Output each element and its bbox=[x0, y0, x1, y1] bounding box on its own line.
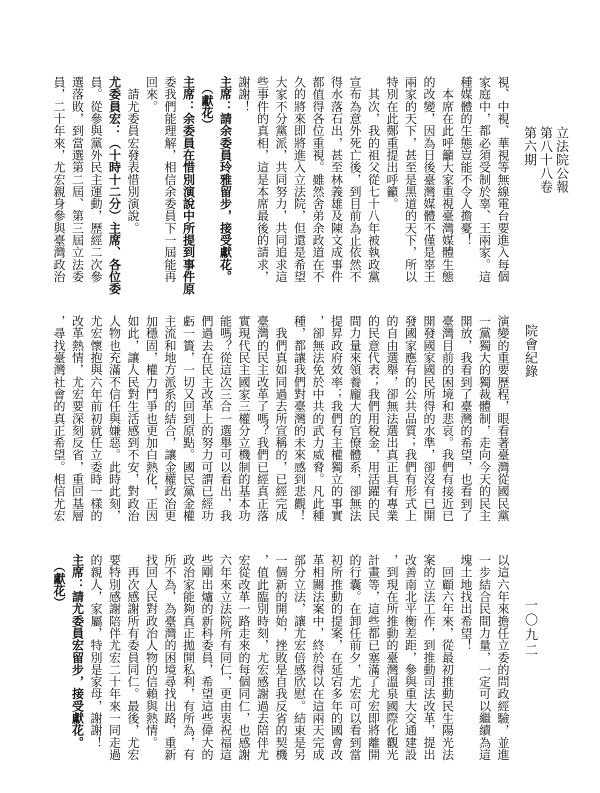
section-label: 院會紀錄 bbox=[520, 324, 539, 378]
text-line: 計畫等，這些都已塞滿了尤宏即將離開 bbox=[364, 554, 383, 776]
text-line: 種媒體的生態豈能不令人擔憂！ bbox=[457, 76, 476, 298]
text-line: 能嗎？從這次三合一選舉可以看出，我 bbox=[216, 315, 235, 537]
text-line: 本席在此呼籲大家重視臺灣媒體生態 bbox=[438, 76, 457, 298]
text-line: 視、中視、華視等無線電台要進入每個 bbox=[494, 76, 513, 298]
text-line: 要特別感謝陪伴尤宏二十年來一同走過 bbox=[105, 554, 124, 776]
text-line: 再次感謝所有委員同仁。最後，尤宏 bbox=[124, 554, 143, 776]
speaker-line: （獻花） bbox=[50, 554, 69, 776]
text-line: 謝謝！ bbox=[235, 76, 254, 298]
text-line: 回來。 bbox=[142, 76, 161, 298]
text-line: 的民意代表；我們用稅金，用活躍的民 bbox=[364, 315, 383, 537]
speaker-line: 尤委員宏：（十時十二分）主席、各位委 bbox=[105, 76, 124, 298]
text-line: 的行囊。在卸任前夕，尤宏可以看到當 bbox=[346, 554, 365, 776]
text-line: 的自由選舉，卻無法選出真正具有專業 bbox=[383, 315, 402, 537]
text-line: 所不為，為臺灣的困境尋找出路，重新 bbox=[161, 554, 180, 776]
text-line: 演變的重要歷程，眼看著臺灣從國民黨 bbox=[494, 315, 513, 537]
text-line: 虧一簣，一切又回到原點。國民黨金權 bbox=[179, 315, 198, 537]
text-line: 些事件的真相，這是本席最後的請求， bbox=[253, 76, 272, 298]
text-line: 初所推動的提案，在延宕多年的國會改 bbox=[327, 554, 346, 776]
volume-label: 第八十八卷 bbox=[536, 126, 552, 194]
page-number: 一〇九二 bbox=[520, 598, 539, 658]
text-line: 改革熱情，尤宏要深刻反省，重回基層 bbox=[68, 315, 87, 537]
text-line: 種，都讓我們對臺灣的未來感到悲觀！ bbox=[290, 315, 309, 537]
text-line: 大家不分黨派，共同努力，共同追求這 bbox=[272, 76, 291, 298]
speaker-line: 主席：請尤委員宏留步，接受獻花。 bbox=[68, 554, 87, 776]
text-line: 提昇政府效率；我們有主權獨立的事實 bbox=[327, 315, 346, 537]
text-line: 都值得各位重視。雖然舍弟余政道在不 bbox=[309, 76, 328, 298]
text-line: 塊土地找出希望！ bbox=[457, 554, 476, 776]
text-line: 主流和地方派系的結合，讓金權政治更 bbox=[161, 315, 180, 537]
text-line: 其次，我的祖父從七十八年被執政黨 bbox=[364, 76, 383, 298]
text-line: ，值此臨別時刻，尤宏感謝過去陪伴尤 bbox=[253, 554, 272, 776]
text-line: 革相關法案中，終於得以在這兩天完成 bbox=[309, 554, 328, 776]
text-line: 的親人，家屬，特別是家母，謝謝！ bbox=[87, 554, 106, 776]
text-line: 的改變，因為日後臺灣媒體不僅是辜王 bbox=[420, 76, 439, 298]
text-line: 家庭中，都必須受制於辜、王兩家。這 bbox=[475, 76, 494, 298]
text-line: 開放，我看到了臺灣的希望，也看到了 bbox=[457, 315, 476, 537]
text-line: 以這六年來擔任立委的問政經驗，並進 bbox=[494, 554, 513, 776]
text-line: 委我們能理解，相信余委員下一屆能再 bbox=[161, 76, 180, 298]
text-line: 得水落石出，甚至林義雄及陳文成事件 bbox=[327, 76, 346, 298]
text-line: 宏從改革一路走來的每個同仁，也感謝 bbox=[235, 554, 254, 776]
speaker-line: 主席：余委員在惜別演說中所提到事件原 bbox=[179, 76, 198, 298]
text-line: 加穩固，權力鬥爭也更加白熱化，正因 bbox=[142, 315, 161, 537]
text-line: 人物也充滿不信任與嫌惡。此時此刻， bbox=[105, 315, 124, 537]
text-line: 間力量來領養龐大的官僚體系，卻無法 bbox=[346, 315, 365, 537]
text-line: ，到現在所推動的臺灣溫泉國際化觀光 bbox=[383, 554, 402, 776]
text-line: 發國家應有的公共品質；我們有形式上 bbox=[401, 315, 420, 537]
text-line: 員，二十年來，尤宏親身參與臺灣政治 bbox=[50, 76, 69, 298]
text-line: 宣布為意外死亡後，到目前為止依然不 bbox=[346, 76, 365, 298]
text-line: 部分立法，讓尤宏倍感欣慰。結束是另 bbox=[290, 554, 309, 776]
text-line: 請尤委員宏發表惜別演說。 bbox=[124, 76, 143, 298]
text-line: 久的將來即將進入立法院，但還是希望 bbox=[290, 76, 309, 298]
publication-title: 立法院公報 bbox=[552, 126, 568, 194]
text-line: ，卻無法免於中共的武力威脅。凡此種 bbox=[309, 315, 328, 537]
text-line: 開發國家國民所得的水準，卻沒有已開 bbox=[420, 315, 439, 537]
text-block-top: 視、中視、華視等無線電台要進入每個家庭中，都必須受制於辜、王兩家。這種媒體的生態… bbox=[50, 76, 512, 298]
text-line: 改善南北平衡差距，參與重大交通建設 bbox=[401, 554, 420, 776]
text-line: 們過去在民主改革上的努力可謂已經功 bbox=[198, 315, 217, 537]
speaker-line: 主席：請余委員玲雅留步，接受獻花。 bbox=[216, 76, 235, 298]
text-line: 政治家能夠真正拋開私利，有所為，有 bbox=[179, 554, 198, 776]
text-line: 臺灣目前的困境和悲哀。我們有接近已 bbox=[438, 315, 457, 537]
text-line: 特別在此鄭重提出呼籲。 bbox=[383, 76, 402, 298]
text-line: 臺灣的民主改革了嗎？我們已經真正落 bbox=[253, 315, 272, 537]
text-line: 找回人民對政治人物的信賴與熱情。 bbox=[142, 554, 161, 776]
text-block-bottom: 以這六年來擔任立委的問政經驗，並進一步結合民間力量，一定可以繼續為這塊土地找出希… bbox=[50, 554, 512, 776]
text-line: 案的立法工作，到推動司法改革，提出 bbox=[420, 554, 439, 776]
text-line: 六年來立法院所有同仁，更由衷祝福這 bbox=[216, 554, 235, 776]
text-line: 實現代民主國家三權分立機制的基本功 bbox=[235, 315, 254, 537]
text-line: 些剛出爐的新科委員，希望這些偉大的 bbox=[198, 554, 217, 776]
text-line: 我們真如同過去所宣稱的，已經完成 bbox=[272, 315, 291, 537]
text-line: 一步結合民間力量，一定可以繼續為這 bbox=[475, 554, 494, 776]
speaker-line: （獻花） bbox=[198, 76, 217, 298]
text-line: 一個新的開始，挫敗是自我反省的契機 bbox=[272, 554, 291, 776]
text-line: 回顧六年來，從最初推動民生陽光法 bbox=[438, 554, 457, 776]
text-line: ，尋找臺灣社會的真正希望。相信尤宏 bbox=[50, 315, 69, 537]
text-line: 選落敗，到當選第二屆、第三屆立法委 bbox=[68, 76, 87, 298]
text-line: 尤宏懷抱與六年前初就任立委時一樣的 bbox=[87, 315, 106, 537]
text-line: 員。從參與黨外民主運動，歷經二次參 bbox=[87, 76, 106, 298]
text-block-middle: 演變的重要歷程，眼看著臺灣從國民黨一黨獨大的獨裁體制，走向今天的民主開放，我看到… bbox=[50, 315, 512, 537]
text-line: 一黨獨大的獨裁體制，走向今天的民主 bbox=[475, 315, 494, 537]
text-line: 兩家的天下，甚至是黑道的天下，所以 bbox=[401, 76, 420, 298]
text-line: 如此，讓人民對生活感到不安，對政治 bbox=[124, 315, 143, 537]
issue-label: 第六期 bbox=[520, 126, 536, 167]
